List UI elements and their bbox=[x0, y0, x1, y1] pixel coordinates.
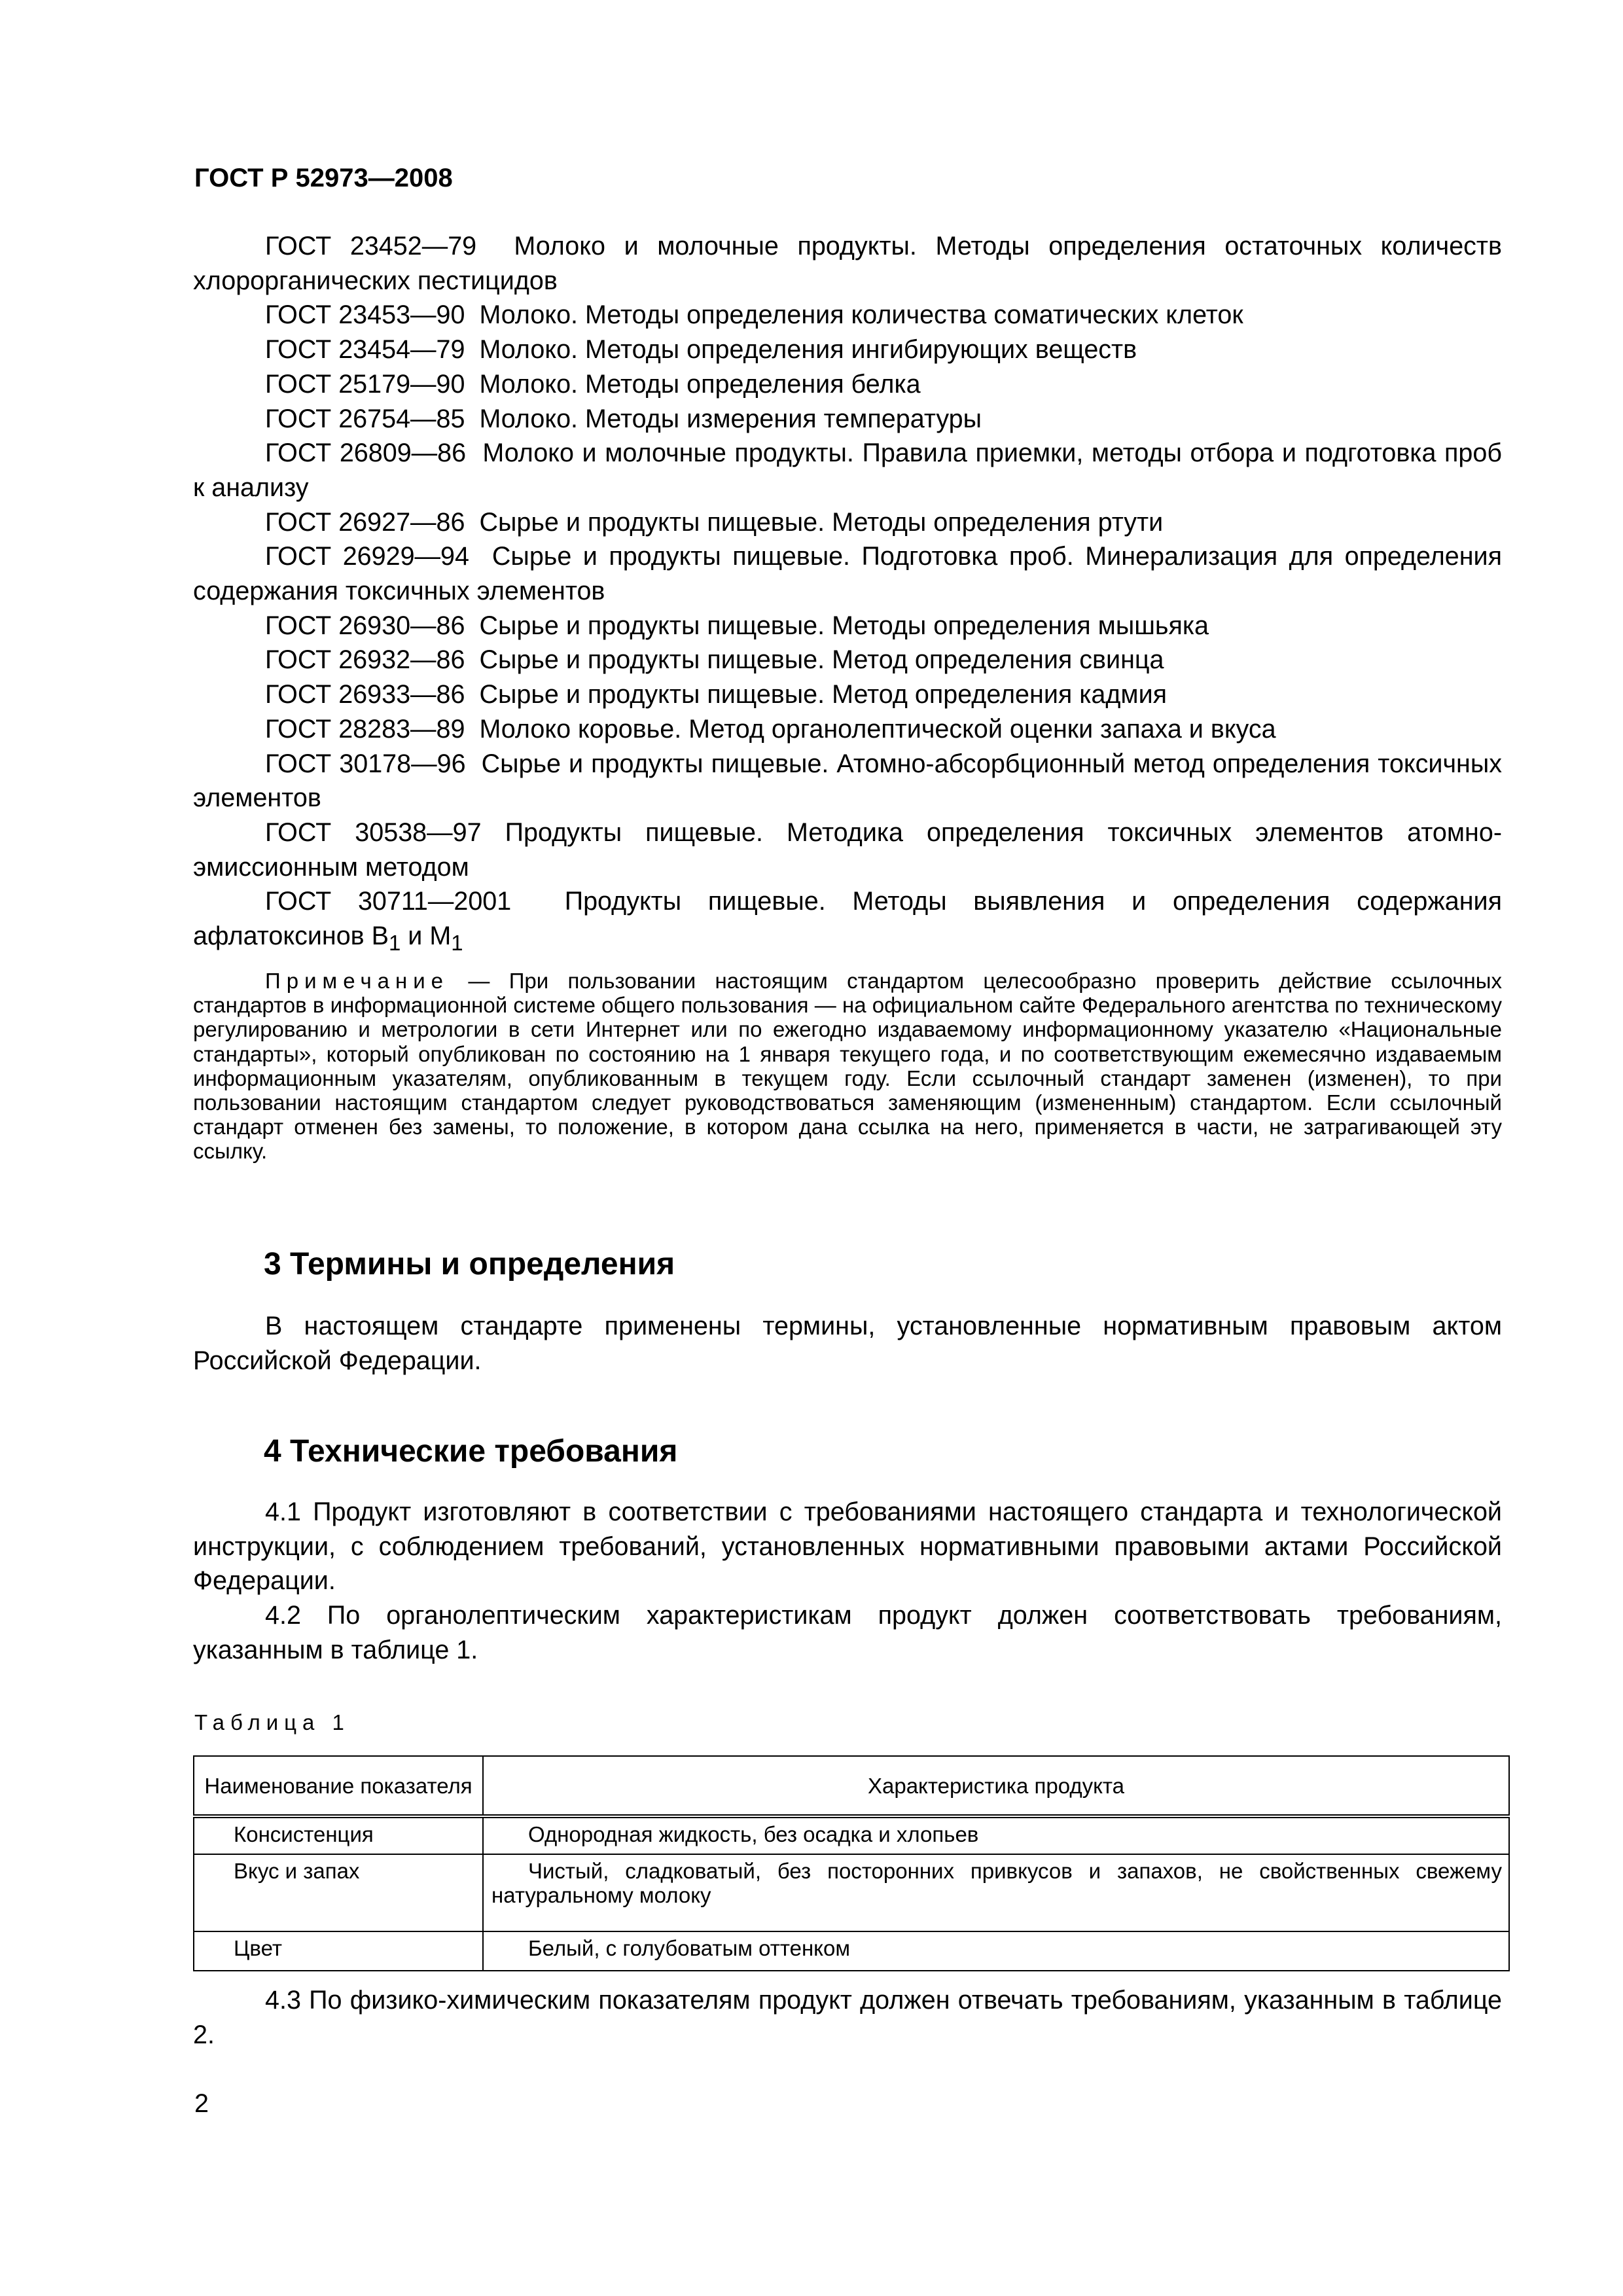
reference-title: Молоко. Методы определения белка bbox=[479, 370, 920, 399]
clause-4-3: 4.3 По физико-химическим показателям про… bbox=[193, 1983, 1502, 2052]
subscript: 1 bbox=[389, 931, 401, 955]
column-header-indicator: Наименование показателя bbox=[194, 1756, 483, 1816]
reference-code: ГОСТ 26809—86 bbox=[265, 439, 466, 467]
reference-code: ГОСТ 25179—90 bbox=[265, 370, 465, 399]
table-header-row: Наименование показателя Характеристика п… bbox=[194, 1756, 1509, 1816]
clause-4-2: 4.2 По органолептическим характеристикам… bbox=[193, 1598, 1502, 1667]
characteristic-cell: Однородная жидкость, без осадка и хлопье… bbox=[483, 1816, 1509, 1854]
reference-code: ГОСТ 26933—86 bbox=[265, 680, 465, 709]
section-4-body: 4.1 Продукт изготовляют в соответствии с… bbox=[193, 1495, 1502, 1668]
reference-code: ГОСТ 26932—86 bbox=[265, 645, 465, 674]
reference-item: ГОСТ 26754—85 Молоко. Методы измерения т… bbox=[193, 402, 1502, 437]
document-id-header: ГОСТ Р 52973—2008 bbox=[194, 162, 453, 194]
table-row: Вкус и запах Чистый, сладковатый, без по… bbox=[194, 1854, 1509, 1931]
clause-4-3-block: 4.3 По физико-химическим показателям про… bbox=[193, 1983, 1502, 2052]
reference-code: ГОСТ 26930—86 bbox=[265, 611, 465, 640]
reference-item: ГОСТ 30538—97 Продукты пищевые. Методика… bbox=[193, 816, 1502, 884]
reference-code: ГОСТ 30538—97 bbox=[265, 818, 482, 847]
reference-item: ГОСТ 23454—79 Молоко. Методы определения… bbox=[193, 332, 1502, 367]
reference-item: ГОСТ 28283—89 Молоко коровье. Метод орга… bbox=[193, 712, 1502, 747]
section-3-paragraph: В настоящем стандарте применены термины,… bbox=[193, 1309, 1502, 1378]
reference-title: Сырье и продукты пищевые. Методы определ… bbox=[479, 611, 1209, 640]
indicator-cell: Вкус и запах bbox=[194, 1854, 483, 1931]
reference-code: ГОСТ 28283—89 bbox=[265, 715, 465, 744]
column-header-characteristic: Характеристика продукта bbox=[483, 1756, 1509, 1816]
reference-code: ГОСТ 23454—79 bbox=[265, 335, 465, 364]
reference-title: Молоко. Методы определения ингибирующих … bbox=[479, 335, 1137, 364]
references-note: Примечание — При пользовании настоящим с… bbox=[193, 969, 1502, 1164]
reference-item: ГОСТ 30711—2001 Продукты пищевые. Методы… bbox=[193, 884, 1502, 960]
reference-item: ГОСТ 26930—86 Сырье и продукты пищевые. … bbox=[193, 609, 1502, 643]
section-3-body: В настоящем стандарте применены термины,… bbox=[193, 1309, 1502, 1378]
characteristic-cell: Белый, с голубоватым оттенком bbox=[483, 1931, 1509, 1971]
aflatoxin-b: B bbox=[372, 922, 389, 950]
section-4-heading: 4 Технические требования bbox=[264, 1433, 677, 1470]
table-row: Цвет Белый, с голубоватым оттенком bbox=[194, 1931, 1509, 1971]
table-1-caption: Таблица 1 bbox=[194, 1710, 350, 1736]
reference-item: ГОСТ 26933—86 Сырье и продукты пищевые. … bbox=[193, 677, 1502, 712]
reference-item: ГОСТ 30178—96 Сырье и продукты пищевые. … bbox=[193, 747, 1502, 816]
reference-code: ГОСТ 26927—86 bbox=[265, 508, 465, 537]
aflatoxin-m: M bbox=[429, 922, 451, 950]
reference-code: ГОСТ 23453—90 bbox=[265, 300, 465, 329]
reference-item: ГОСТ 26809—86 Молоко и молочные продукты… bbox=[193, 436, 1502, 505]
subscript: 1 bbox=[451, 931, 463, 955]
reference-title: Молоко коровье. Метод органолептической … bbox=[479, 715, 1275, 744]
reference-item: ГОСТ 23452—79 Молоко и молочные продукты… bbox=[193, 229, 1502, 298]
indicator-cell: Консистенция bbox=[194, 1816, 483, 1854]
reference-title: Сырье и продукты пищевые. Методы определ… bbox=[479, 508, 1163, 537]
reference-item: ГОСТ 26929—94 Сырье и продукты пищевые. … bbox=[193, 539, 1502, 608]
reference-code: ГОСТ 30711—2001 bbox=[265, 887, 511, 916]
table-row: Консистенция Однородная жидкость, без ос… bbox=[194, 1816, 1509, 1854]
reference-title: Сырье и продукты пищевые. Метод определе… bbox=[479, 680, 1167, 709]
page-number: 2 bbox=[194, 2088, 209, 2119]
reference-code: ГОСТ 23452—79 bbox=[265, 232, 476, 260]
note-label: Примечание bbox=[265, 969, 449, 993]
reference-title: Молоко. Методы определения количества со… bbox=[479, 300, 1243, 329]
reference-code: ГОСТ 26929—94 bbox=[265, 542, 469, 571]
reference-item: ГОСТ 26927—86 Сырье и продукты пищевые. … bbox=[193, 505, 1502, 540]
table-1-organoleptic: Наименование показателя Характеристика п… bbox=[193, 1755, 1510, 1971]
normative-references-list: ГОСТ 23452—79 Молоко и молочные продукты… bbox=[193, 229, 1502, 961]
reference-item: ГОСТ 25179—90 Молоко. Методы определения… bbox=[193, 367, 1502, 402]
note-dash: — bbox=[449, 969, 509, 993]
reference-code: ГОСТ 30178—96 bbox=[265, 749, 466, 778]
characteristic-cell: Чистый, сладковатый, без посторонних при… bbox=[483, 1854, 1509, 1931]
clause-4-1: 4.1 Продукт изготовляют в соответствии с… bbox=[193, 1495, 1502, 1598]
reference-item: ГОСТ 23453—90 Молоко. Методы определения… bbox=[193, 298, 1502, 332]
reference-title: Молоко. Методы измерения температуры bbox=[479, 404, 982, 433]
reference-title: Сырье и продукты пищевые. Метод определе… bbox=[479, 645, 1164, 674]
reference-code: ГОСТ 26754—85 bbox=[265, 404, 465, 433]
section-3-heading: 3 Термины и определения bbox=[264, 1246, 675, 1283]
note-text: При пользовании настоящим стандартом цел… bbox=[193, 969, 1502, 1163]
conjunction: и bbox=[401, 922, 429, 950]
indicator-cell: Цвет bbox=[194, 1931, 483, 1971]
reference-item: ГОСТ 26932—86 Сырье и продукты пищевые. … bbox=[193, 643, 1502, 677]
